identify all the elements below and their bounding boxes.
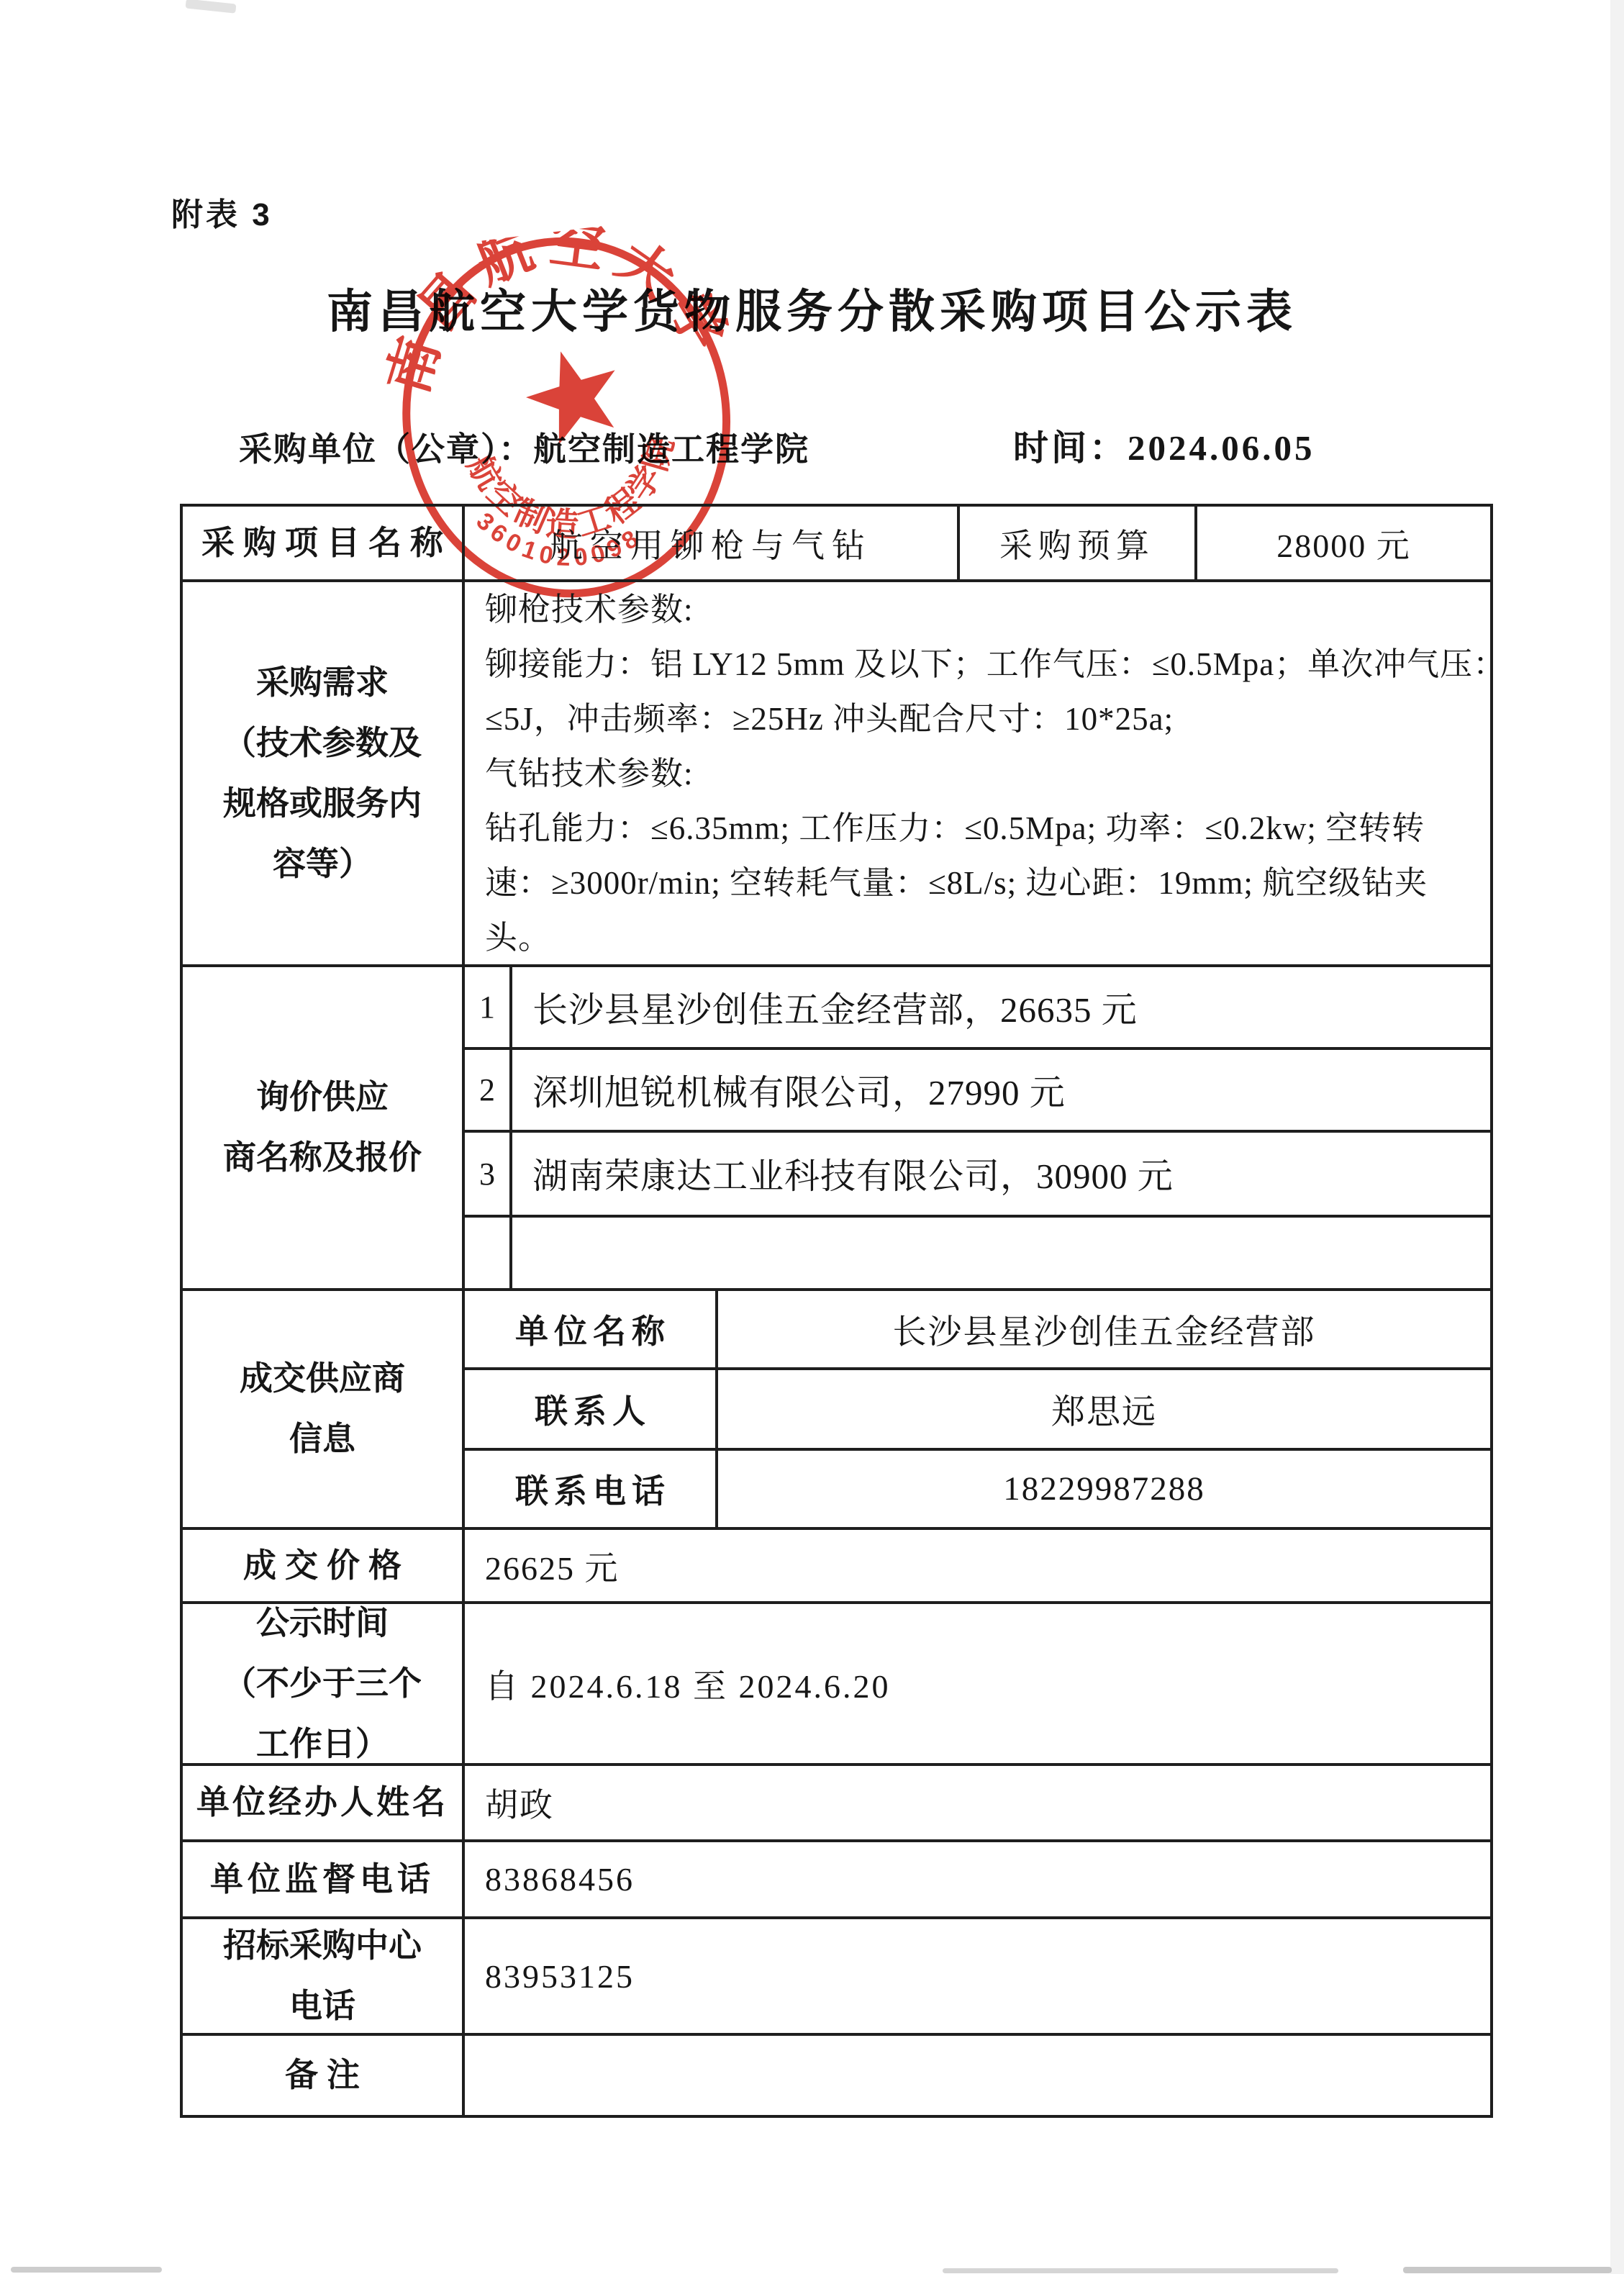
requirement-line: 气钻技术参数: [485, 746, 694, 801]
supplier-row: 1 长沙县星沙创佳五金经营部，26635 元 [465, 967, 1490, 1050]
requirement-line: 钻孔能力：≤6.35mm; 工作压力：≤0.5Mpa; 功率：≤0.2kw; 空… [485, 801, 1425, 856]
agent-label: 单位经办人姓名 [183, 1766, 465, 1839]
supplier-row-empty [465, 1218, 1490, 1288]
note-row: 备注 [183, 2036, 1490, 2115]
winner-rows: 单位名称 长沙县星沙创佳五金经营部 联系人 郑思远 联系电话 182299872… [465, 1291, 1490, 1527]
center-phone-row: 招标采购中心 电话 83953125 [183, 1919, 1490, 2036]
supervise-phone-row: 单位监督电话 83868456 [183, 1842, 1490, 1919]
requirements-row: 采购需求 （技术参数及 规格或服务内 容等） 铆枪技术参数: 铆接能力：铝 LY… [183, 582, 1490, 967]
requirements-label-line: （技术参数及 [223, 713, 422, 774]
period-row: 公示时间 （不少于三个 工作日） 自 2024.6.18 至 2024.6.20 [183, 1604, 1490, 1766]
winner-label-line: 信息 [289, 1409, 355, 1469]
center-phone-label-line: 招标采购中心 [223, 1916, 422, 1976]
supervise-phone-value: 83868456 [465, 1842, 1490, 1916]
project-row: 采购项目名称 航空用铆枪与气钻 采购预算 28000 元 [183, 507, 1490, 582]
supplier-quote [512, 1218, 1490, 1288]
period-label-line: 工作日） [256, 1714, 389, 1775]
winner-label: 成交供应商 信息 [183, 1291, 465, 1527]
winner-row: 单位名称 长沙县星沙创佳五金经营部 [465, 1291, 1490, 1370]
center-phone-label: 招标采购中心 电话 [183, 1919, 465, 2033]
inquiry-label-line: 询价供应 [256, 1067, 389, 1128]
period-label-line: （不少于三个 [223, 1654, 422, 1714]
requirement-line: 头。 [485, 910, 551, 965]
price-value: 26625 元 [465, 1530, 1490, 1601]
requirement-line: 铆枪技术参数: [485, 582, 694, 637]
requirements-label-line: 规格或服务内 [223, 774, 422, 834]
purchaser-line: 采购单位（公章）：航空制造工程学院 [239, 423, 809, 471]
winner-field-value: 18229987288 [718, 1451, 1490, 1527]
supplier-row: 2 深圳旭锐机械有限公司，27990 元 [465, 1050, 1490, 1133]
scan-artifact [943, 2268, 1338, 2273]
period-value: 自 2024.6.18 至 2024.6.20 [465, 1604, 1490, 1763]
attachment-tag: 附表 3 [171, 189, 273, 235]
project-value: 航空用铆枪与气钻 [465, 507, 960, 579]
note-label: 备注 [183, 2036, 465, 2115]
requirements-content: 铆枪技术参数: 铆接能力：铝 LY12 5mm 及以下；工作气压：≤0.5Mpa… [465, 582, 1520, 964]
requirements-label: 采购需求 （技术参数及 规格或服务内 容等） [183, 582, 465, 964]
requirements-label-line: 采购需求 [256, 653, 389, 713]
supplier-quote: 长沙县星沙创佳五金经营部，26635 元 [512, 967, 1490, 1047]
scan-artifact [1403, 2267, 1612, 2273]
agent-value: 胡政 [465, 1766, 1490, 1839]
scan-artifact [11, 2267, 162, 2273]
center-phone-label-line: 电话 [289, 1976, 355, 2037]
supplier-no: 1 [465, 967, 512, 1047]
agent-row: 单位经办人姓名 胡政 [183, 1766, 1490, 1842]
supplier-no [465, 1218, 512, 1288]
date-line: 时间：2024.06.05 [1013, 420, 1315, 471]
inquiry-rows: 1 长沙县星沙创佳五金经营部，26635 元 2 深圳旭锐机械有限公司，2799… [465, 967, 1490, 1288]
procurement-table: 采购项目名称 航空用铆枪与气钻 采购预算 28000 元 采购需求 （技术参数及… [180, 504, 1493, 2118]
page-title: 南昌航空大学货物服务分散采购项目公示表 [0, 275, 1624, 341]
winner-field-value: 长沙县星沙创佳五金经营部 [718, 1291, 1490, 1367]
winner-label-line: 成交供应商 [240, 1349, 405, 1409]
winner-section: 成交供应商 信息 单位名称 长沙县星沙创佳五金经营部 联系人 郑思远 联系电话 … [183, 1291, 1490, 1530]
supplier-quote: 深圳旭锐机械有限公司，27990 元 [512, 1050, 1490, 1130]
period-label-line: 公示时间 [256, 1593, 389, 1654]
scan-artifact [186, 0, 237, 14]
inquiry-label-line: 商名称及报价 [223, 1128, 422, 1188]
winner-field-label: 联系人 [465, 1370, 718, 1448]
center-phone-value: 83953125 [465, 1919, 1490, 2033]
requirements-label-line: 容等） [273, 834, 372, 894]
winner-row: 联系人 郑思远 [465, 1370, 1490, 1451]
requirement-line: ≤5J，冲击频率：≥25Hz 冲头配合尺寸：10*25a; [485, 692, 1174, 746]
budget-label: 采购预算 [960, 507, 1197, 579]
price-label: 成交价格 [183, 1530, 465, 1601]
note-value [465, 2036, 1490, 2115]
supplier-row: 3 湖南荣康达工业科技有限公司，30900 元 [465, 1133, 1490, 1218]
winner-field-label: 单位名称 [465, 1291, 718, 1367]
supplier-no: 3 [465, 1133, 512, 1215]
inquiry-label: 询价供应 商名称及报价 [183, 967, 465, 1288]
supplier-quote: 湖南荣康达工业科技有限公司，30900 元 [512, 1133, 1490, 1215]
scan-edge [1610, 0, 1624, 2274]
winner-field-value: 郑思远 [718, 1370, 1490, 1448]
requirement-line: 速：≥3000r/min; 空转耗气量：≤8L/s; 边心距：19mm; 航空级… [485, 856, 1428, 910]
inquiry-section: 询价供应 商名称及报价 1 长沙县星沙创佳五金经营部，26635 元 2 深圳旭… [183, 967, 1490, 1291]
requirement-line: 铆接能力：铝 LY12 5mm 及以下；工作气压：≤0.5Mpa；单次冲气压： [485, 637, 1506, 692]
period-label: 公示时间 （不少于三个 工作日） [183, 1604, 465, 1763]
supplier-no: 2 [465, 1050, 512, 1130]
budget-value: 28000 元 [1197, 507, 1490, 579]
project-label: 采购项目名称 [183, 507, 465, 579]
winner-row: 联系电话 18229987288 [465, 1451, 1490, 1527]
supervise-phone-label: 单位监督电话 [183, 1842, 465, 1916]
winner-field-label: 联系电话 [465, 1451, 718, 1527]
